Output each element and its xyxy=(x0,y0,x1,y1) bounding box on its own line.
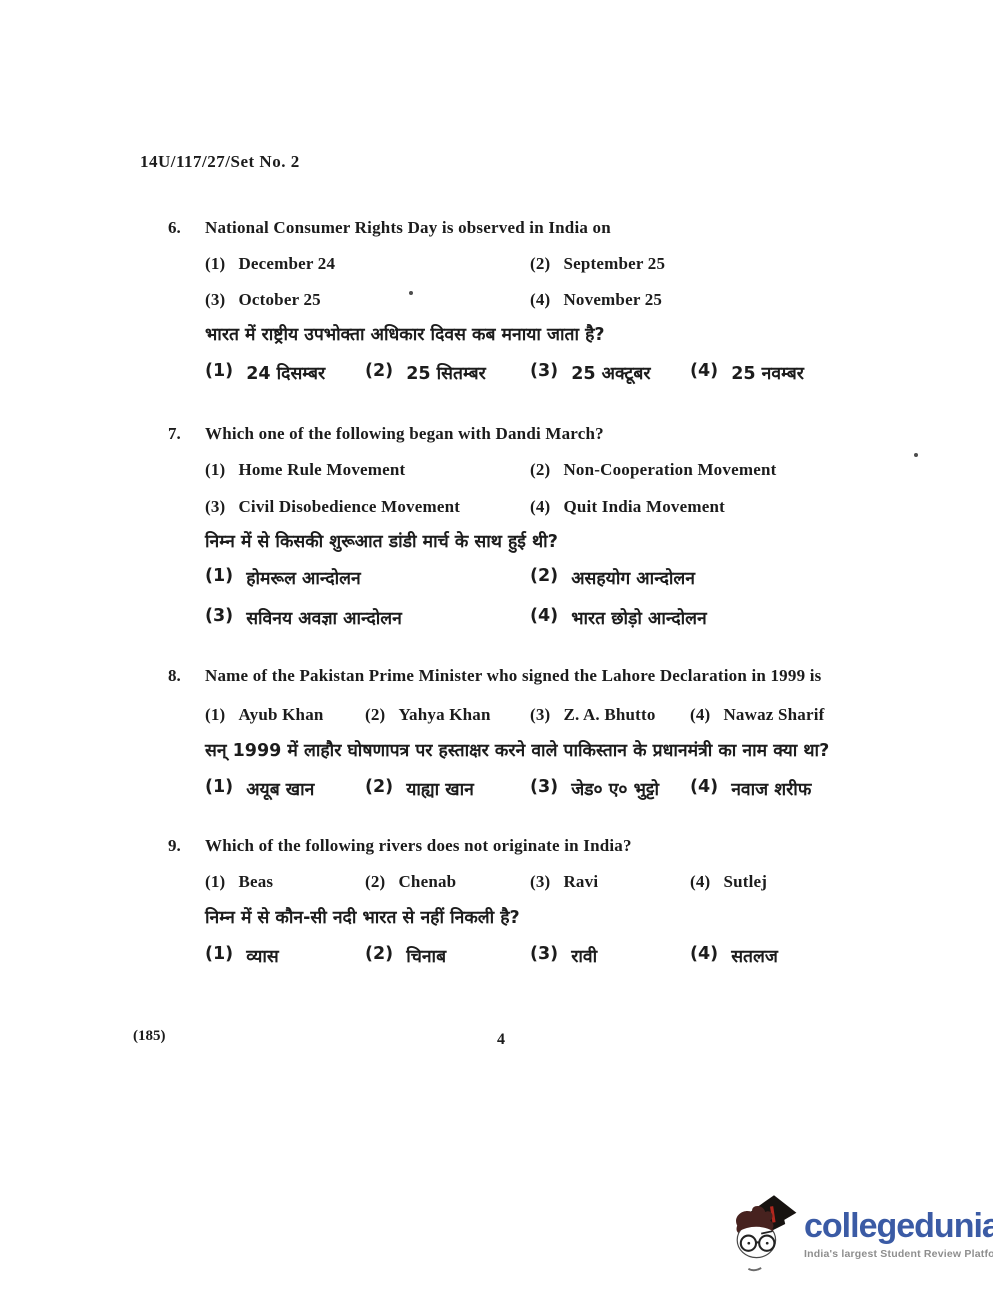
option-text: Non-Cooperation Movement xyxy=(563,460,776,480)
option: (2) September 25 xyxy=(530,254,665,274)
option: (3) सविनय अवज्ञा आन्दोलन xyxy=(205,606,530,630)
page-number: 4 xyxy=(497,1031,505,1049)
option: (2) चिनाब xyxy=(365,944,530,968)
scanned-exam-page: 14U/117/27/Set No. 2 6. National Consume… xyxy=(0,0,993,1303)
question-text-hi: भारत में राष्ट्रीय उपभोक्ता अधिकार दिवस … xyxy=(205,322,945,346)
option: (4) Quit India Movement xyxy=(530,497,725,517)
option-text: Ayub Khan xyxy=(238,705,323,725)
question-7-options-hi-row2: (3) सविनय अवज्ञा आन्दोलन (4) भारत छोड़ो … xyxy=(205,606,965,630)
option-text: Chenab xyxy=(398,872,456,892)
option-label: (2) xyxy=(530,566,558,590)
option-text: चिनाब xyxy=(406,944,446,968)
question-6-options-en-row2: (3) October 25 (4) November 25 xyxy=(205,290,945,310)
option-label: (2) xyxy=(365,361,393,385)
option-label: (3) xyxy=(205,290,225,310)
option-text: Sutlej xyxy=(723,872,767,892)
option: (4) भारत छोड़ो आन्दोलन xyxy=(530,606,707,630)
collegedunia-logo: collegedunia .com India's largest Studen… xyxy=(726,1186,993,1283)
question-9-options-hi: (1) व्यास (2) चिनाब (3) रावी (4) सतलज xyxy=(205,944,985,968)
question-text-en: Name of the Pakistan Prime Minister who … xyxy=(205,666,821,686)
option-text: October 25 xyxy=(238,290,320,310)
option: (3) October 25 xyxy=(205,290,530,310)
question-number: 9. xyxy=(168,836,205,856)
option-text: Home Rule Movement xyxy=(238,460,405,480)
option-label: (3) xyxy=(205,606,233,630)
option-text: Beas xyxy=(238,872,273,892)
option: (2) 25 सितम्बर xyxy=(365,361,530,385)
option: (1) Ayub Khan xyxy=(205,705,365,725)
option-label: (1) xyxy=(205,872,225,892)
option-text: Yahya Khan xyxy=(398,705,490,725)
scan-speck xyxy=(409,291,413,295)
option: (2) Non-Cooperation Movement xyxy=(530,460,776,480)
question-number: 6. xyxy=(168,218,205,238)
option-label: (4) xyxy=(690,777,718,801)
option-label: (1) xyxy=(205,361,233,385)
option: (2) Chenab xyxy=(365,872,530,892)
question-text-en: Which one of the following began with Da… xyxy=(205,424,604,444)
option-label: (3) xyxy=(530,872,550,892)
option-label: (3) xyxy=(530,705,550,725)
option-label: (2) xyxy=(530,254,550,274)
option-label: (4) xyxy=(690,872,710,892)
option: (3) Z. A. Bhutto xyxy=(530,705,690,725)
option-text: सविनय अवज्ञा आन्दोलन xyxy=(246,606,402,630)
option-text: जेड० ए० भुट्टो xyxy=(571,777,659,801)
option: (1) Home Rule Movement xyxy=(205,460,530,480)
option-label: (4) xyxy=(530,606,558,630)
option: (4) नवाज शरीफ xyxy=(690,777,811,801)
option-text: असहयोग आन्दोलन xyxy=(571,566,695,590)
question-7-options-en-row2: (3) Civil Disobedience Movement (4) Quit… xyxy=(205,497,965,517)
question-7-options-hi-row1: (1) होमरूल आन्दोलन (2) असहयोग आन्दोलन xyxy=(205,566,965,590)
option: (1) Beas xyxy=(205,872,365,892)
option-label: (2) xyxy=(365,944,393,968)
option-text: November 25 xyxy=(563,290,662,310)
option: (4) Nawaz Sharif xyxy=(690,705,825,725)
option-text: भारत छोड़ो आन्दोलन xyxy=(571,606,707,630)
option: (4) Sutlej xyxy=(690,872,767,892)
option-label: (2) xyxy=(365,872,385,892)
question-text-hi: निम्न में से कौन-सी नदी भारत से नहीं निक… xyxy=(205,905,945,929)
question-number: 7. xyxy=(168,424,205,444)
option-label: (3) xyxy=(205,497,225,517)
question-6: 6. National Consumer Rights Day is obser… xyxy=(168,218,928,238)
option-text: 24 दिसम्बर xyxy=(246,361,325,385)
question-8: 8. Name of the Pakistan Prime Minister w… xyxy=(168,666,968,686)
option: (2) असहयोग आन्दोलन xyxy=(530,566,695,590)
option: (4) November 25 xyxy=(530,290,662,310)
brand-tagline: India's largest Student Review Platform xyxy=(804,1248,993,1260)
question-number: 8. xyxy=(168,666,205,686)
question-8-options-en: (1) Ayub Khan (2) Yahya Khan (3) Z. A. B… xyxy=(205,705,985,725)
option-text: सतलज xyxy=(731,944,778,968)
option-label: (1) xyxy=(205,777,233,801)
option-text: याह्या खान xyxy=(406,777,474,801)
footer-booklet-code: (185) xyxy=(133,1028,166,1045)
question-7-options-en-row1: (1) Home Rule Movement (2) Non-Cooperati… xyxy=(205,460,965,480)
question-text-hi: सन् 1999 में लाहौर घोषणापत्र पर हस्ताक्ष… xyxy=(205,738,965,762)
option-label: (3) xyxy=(530,777,558,801)
question-8-options-hi: (1) अयूब खान (2) याह्या खान (3) जेड० ए० … xyxy=(205,777,985,801)
option: (3) Civil Disobedience Movement xyxy=(205,497,530,517)
question-text-en: National Consumer Rights Day is observed… xyxy=(205,218,611,238)
option-label: (1) xyxy=(205,705,225,725)
option-label: (4) xyxy=(690,944,718,968)
option: (1) 24 दिसम्बर xyxy=(205,361,365,385)
option-label: (4) xyxy=(690,705,710,725)
option-text: Nawaz Sharif xyxy=(723,705,824,725)
option-label: (1) xyxy=(205,566,233,590)
question-6-options-en-row1: (1) December 24 (2) September 25 xyxy=(205,254,945,274)
option-text: अयूब खान xyxy=(246,777,314,801)
option-text: September 25 xyxy=(563,254,665,274)
option: (2) Yahya Khan xyxy=(365,705,530,725)
option-label: (2) xyxy=(530,460,550,480)
option-text: होमरूल आन्दोलन xyxy=(246,566,361,590)
scan-speck xyxy=(914,453,918,457)
option: (4) 25 नवम्बर xyxy=(690,361,804,385)
option-text: रावी xyxy=(571,944,597,968)
option-label: (1) xyxy=(205,460,225,480)
mascot-graduate-icon xyxy=(726,1186,798,1283)
option-label: (4) xyxy=(530,497,550,517)
option-text: नवाज शरीफ xyxy=(731,777,811,801)
option-label: (1) xyxy=(205,944,233,968)
option-text: Quit India Movement xyxy=(563,497,725,517)
option-text: व्यास xyxy=(246,944,279,968)
option-text: 25 सितम्बर xyxy=(406,361,486,385)
question-6-options-hi: (1) 24 दिसम्बर (2) 25 सितम्बर (3) 25 अक्… xyxy=(205,361,965,385)
option-label: (3) xyxy=(530,944,558,968)
option-text: December 24 xyxy=(238,254,335,274)
option-label: (3) xyxy=(530,361,558,385)
option-text: 25 अक्टूबर xyxy=(571,361,650,385)
option-label: (4) xyxy=(530,290,550,310)
question-9: 9. Which of the following rivers does no… xyxy=(168,836,948,856)
option-label: (2) xyxy=(365,705,385,725)
option-text: 25 नवम्बर xyxy=(731,361,804,385)
brand-name: collegedunia xyxy=(804,1209,993,1243)
question-text-hi: निम्न में से किसकी शुरूआत डांडी मार्च के… xyxy=(205,529,945,553)
option: (3) जेड० ए० भुट्टो xyxy=(530,777,690,801)
question-9-options-en: (1) Beas (2) Chenab (3) Ravi (4) Sutlej xyxy=(205,872,985,892)
option-text: Ravi xyxy=(563,872,598,892)
option-text: Civil Disobedience Movement xyxy=(238,497,460,517)
option: (4) सतलज xyxy=(690,944,778,968)
option: (3) Ravi xyxy=(530,872,690,892)
exam-set-code: 14U/117/27/Set No. 2 xyxy=(140,152,300,172)
option-text: Z. A. Bhutto xyxy=(563,705,655,725)
option-label: (4) xyxy=(690,361,718,385)
option: (3) 25 अक्टूबर xyxy=(530,361,690,385)
option: (1) December 24 xyxy=(205,254,530,274)
option: (3) रावी xyxy=(530,944,690,968)
option: (1) होमरूल आन्दोलन xyxy=(205,566,530,590)
question-text-en: Which of the following rivers does not o… xyxy=(205,836,632,856)
option-label: (2) xyxy=(365,777,393,801)
option: (1) व्यास xyxy=(205,944,365,968)
option: (1) अयूब खान xyxy=(205,777,365,801)
option: (2) याह्या खान xyxy=(365,777,530,801)
question-7: 7. Which one of the following began with… xyxy=(168,424,948,444)
option-label: (1) xyxy=(205,254,225,274)
